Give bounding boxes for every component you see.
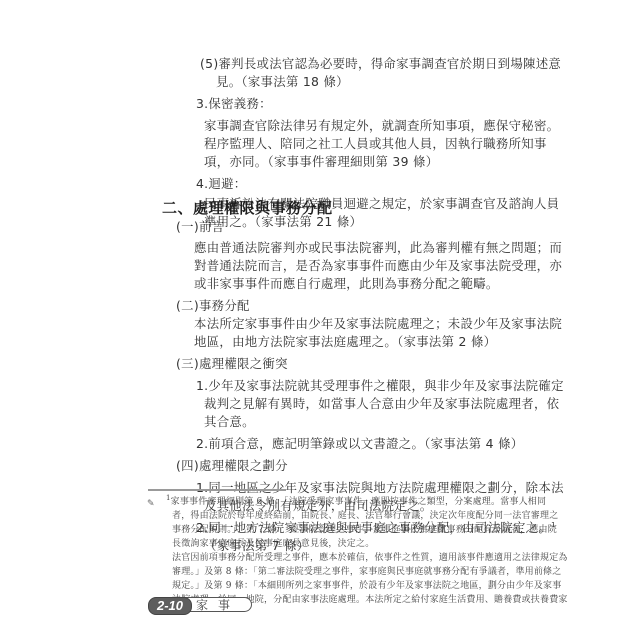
footnote-line: 長徵詢家事庭庭長及民事庭庭長意見後，決定之。 — [172, 538, 374, 552]
pen-note-icon: ✎ — [147, 499, 155, 509]
footnote-line: 者，得由法院於每年度終結前，由院長、庭長、法官舉行會議，決定次年度配分同一法官審… — [172, 510, 558, 524]
body-line: 本法所定家事事件由少年及家事法院處理之；未設少年及家事法院 — [194, 316, 562, 332]
body-line: 1.同一地區之少年及家事法院與地方法院處理權限之劃分，除本法 — [196, 480, 564, 496]
body-line: 4.迴避： — [196, 176, 247, 192]
footnote-line: 1家事事件審理細則第 6 條：「法院受理家事事件，應即按事件之類型，分案處理。當… — [166, 496, 546, 510]
footnote-line: 審理。」及第 8 條：「第二審法院受理之事件，家事庭與民事庭就事務分配有爭議者，… — [172, 566, 561, 580]
body-line: 2.前項合意，應記明筆錄或以文書證之。（家事法第 4 條） — [196, 436, 523, 452]
body-line: 項，亦同。（家事事件審理細則第 39 條） — [204, 154, 438, 170]
section-heading: 二、處理權限與事務分配 — [162, 197, 333, 218]
document-page: (5)審判長或法官認為必要時，得命家事調查官於期日到場陳述意見。（家事法第 18… — [0, 0, 640, 640]
body-line: 程序監理人、陪同之社工人員或其他人員，因執行職務所知事 — [204, 136, 547, 152]
body-line: (四)處理權限之劃分 — [176, 458, 288, 474]
body-line: 其合意。 — [204, 414, 255, 430]
body-line: 地區，由地方法院家事法庭處理之。（家事法第 2 條） — [194, 334, 496, 350]
body-line: 裁判之見解有異時，如當事人合意由少年及家事法院處理者，依 — [204, 396, 559, 412]
footnote-line: 規定。」及第 9 條：「本細則所列之家事事件，於設有少年及家事法院之地區，劃分由… — [172, 580, 561, 594]
body-line: 應由普通法院審判亦或民事法院審判，此為審判權有無之問題；而 — [194, 240, 562, 256]
body-line: 對普通法院而言，是否為家事事件而應由少年及家事法院受理，亦 — [194, 258, 562, 274]
body-line: 或非家事事件而應自行處理，此則為事務分配之範疇。 — [194, 276, 499, 292]
body-line: 見。（家事法第 18 條） — [216, 74, 349, 90]
footnote-divider — [148, 489, 286, 491]
footnote-line: 事務分配規則。」、第 7 條：「經法院受理之事件，家事庭與民事庭就事務分配有爭議… — [172, 524, 557, 538]
body-line: (一)前言 — [176, 219, 224, 235]
page-number-badge: 2-10 — [148, 597, 192, 615]
body-line: (二)事務分配 — [176, 298, 250, 314]
chapter-tab: 家事 — [182, 597, 252, 612]
body-line: 1.少年及家事法院就其受理事件之權限，與非少年及家事法院確定 — [196, 378, 564, 394]
body-line: (三)處理權限之衝突 — [176, 356, 288, 372]
body-line: (5)審判長或法官認為必要時，得命家事調查官於期日到場陳述意 — [200, 56, 561, 72]
body-line: 家事調查官除法律另有規定外，就調查所知事項，應保守秘密。 — [204, 118, 559, 134]
footnote-number: 1 — [166, 494, 171, 502]
footnote-line: 法官因前項事務分配所受理之事件，應本於確信，依事件之性質，適用該事件應適用之法律… — [172, 552, 568, 566]
body-line: 3.保密義務： — [196, 96, 272, 112]
